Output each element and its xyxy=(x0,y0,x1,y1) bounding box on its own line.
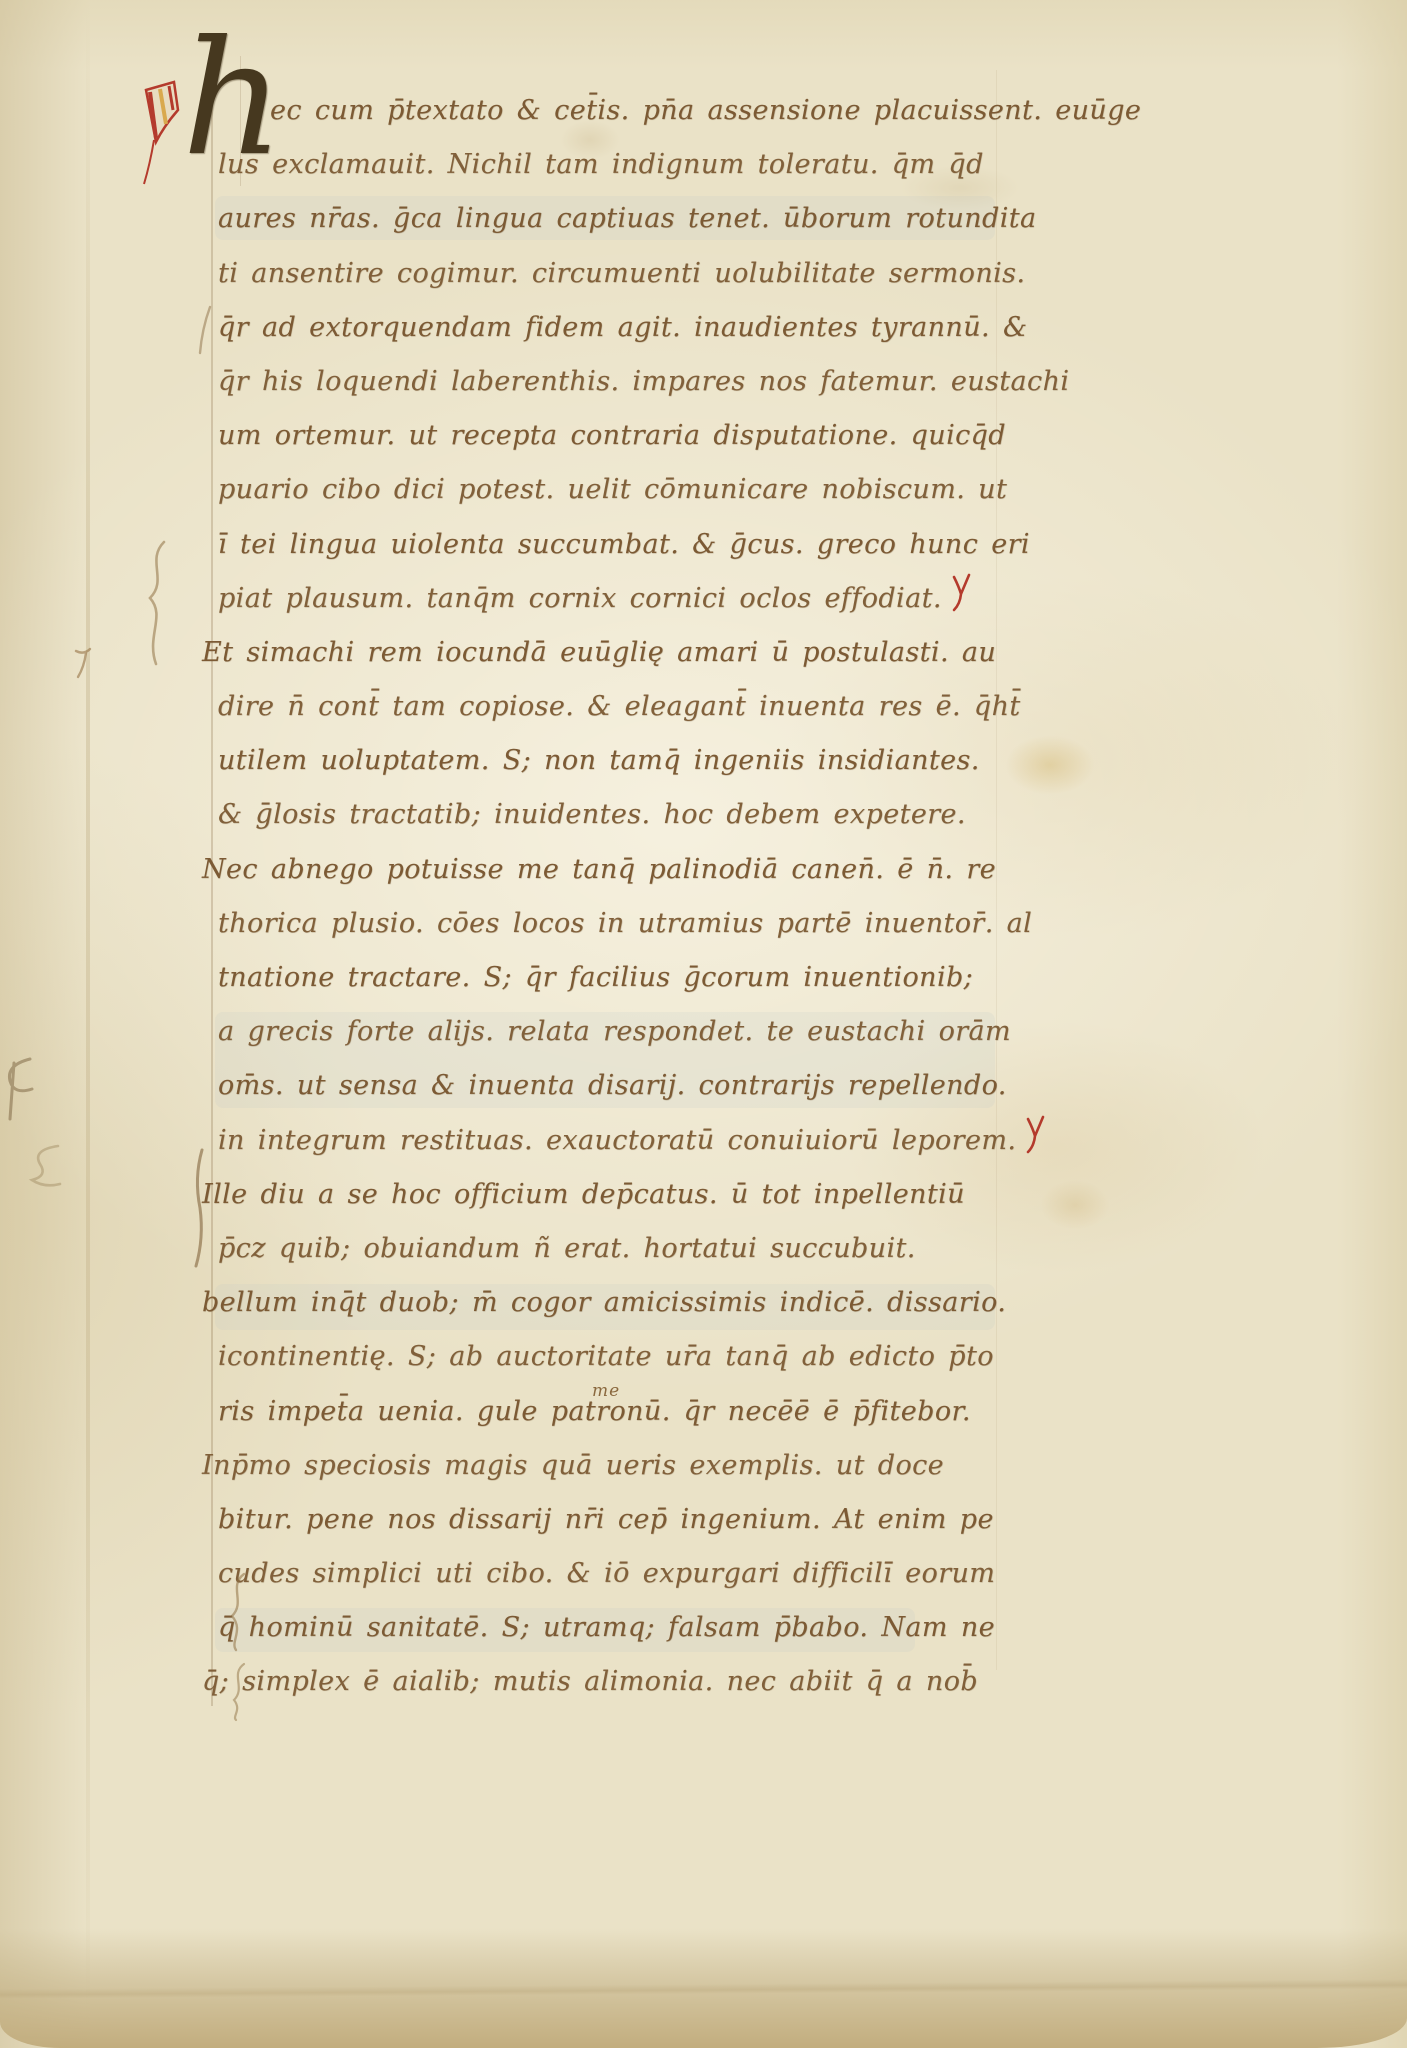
line-text: Et simachi rem iocundā euūglię amari ū p… xyxy=(202,637,996,668)
parchment-stain xyxy=(1005,735,1095,795)
text-line-30: q̄; simplex ē aialib; mutis alimonia. ne… xyxy=(202,1655,1018,1709)
text-line-13: utilem uoluptatem. S; non tamq̄ ingeniis… xyxy=(218,734,1018,788)
margin-mark-brace3 xyxy=(224,1662,252,1722)
line-text: Nec abnego potuisse me tanq̄ palinodiā c… xyxy=(202,854,996,885)
line-text: Inp̄mo speciosis magis quā ueris exempli… xyxy=(202,1450,944,1481)
text-line-11: Et simachi rem iocundā euūglię amari ū p… xyxy=(202,626,1018,680)
paragraph-mark xyxy=(952,573,974,632)
text-line-28: cudes simplici uti cibo. & iō expurgari … xyxy=(218,1547,1018,1601)
margin-mark-doodle xyxy=(0,1055,40,1125)
line-text: lus exclamauit. Nichil tam indignum tole… xyxy=(218,149,984,180)
text-line-3: aures nr̄as. ḡca lingua captiuas tenet. … xyxy=(218,192,1018,246)
text-line-21: Ille diu a se hoc officium dep̄catus. ū … xyxy=(202,1168,1018,1222)
line-text: thorica plusio. cōes locos in utramius p… xyxy=(218,908,1032,939)
text-line-16: thorica plusio. cōes locos in utramius p… xyxy=(218,897,1018,951)
parchment-crease xyxy=(86,0,90,2048)
text-line-20: in integrum restituas. exauctoratū conui… xyxy=(218,1114,1018,1168)
text-line-8: puario cibo dici potest. uelit cōmunicar… xyxy=(218,463,1018,517)
line-text: in integrum restituas. exauctoratū conui… xyxy=(218,1125,1016,1156)
margin-mark-brace xyxy=(138,540,178,670)
text-line-18: a grecis forte alijs. relata respondet. … xyxy=(218,1005,1018,1059)
manuscript-page: h ec cum p̄textato & cet̄is. pn̄a assens… xyxy=(0,0,1407,2048)
text-line-6: q̄r his loquendi laberenthis. impares no… xyxy=(218,355,1018,409)
line-text: ī tei lingua uiolenta succumbat. & ḡcus.… xyxy=(218,529,1030,560)
line-text: om̄s. ut sensa & inuenta disarij. contra… xyxy=(218,1070,1007,1101)
text-line-27: bitur. pene nos dissarij nr̄i cep̄ ingen… xyxy=(218,1493,1018,1547)
line-text: p̄cz quib; obuiandum ñ erat. hortatui su… xyxy=(218,1233,916,1264)
text-block: ec cum p̄textato & cet̄is. pn̄a assensio… xyxy=(218,84,1018,1710)
line-text: q̄r his loquendi laberenthis. impares no… xyxy=(218,366,1069,397)
text-line-29: q̄ hominū sanitatē. S; utramq; falsam p̄… xyxy=(218,1601,1018,1655)
line-text: cudes simplici uti cibo. & iō expurgari … xyxy=(218,1558,995,1589)
line-text: utilem uoluptatem. S; non tamq̄ ingeniis… xyxy=(218,745,980,776)
line-text: piat plausum. tanq̄m cornix cornici oclo… xyxy=(218,583,942,614)
line-text: ti ansentire cogimur. circumuenti uolubi… xyxy=(218,258,1025,289)
text-line-26: Inp̄mo speciosis magis quā ueris exempli… xyxy=(202,1439,1018,1493)
margin-mark-tick xyxy=(72,645,98,681)
text-line-15: Nec abnego potuisse me tanq̄ palinodiā c… xyxy=(202,843,1018,897)
line-text: um ortemur. ut recepta contraria disputa… xyxy=(218,420,1006,451)
text-line-23: bellum inq̄t duob; m̄ cogor amicissimis … xyxy=(202,1276,1018,1330)
line-text: bellum inq̄t duob; m̄ cogor amicissimis … xyxy=(202,1287,1006,1318)
line-text: icontinentię. S; ab auctoritate ur̄a tan… xyxy=(218,1341,994,1372)
text-line-2: lus exclamauit. Nichil tam indignum tole… xyxy=(218,138,1018,192)
margin-mark-slash xyxy=(196,305,214,355)
margin-mark-brace2 xyxy=(222,1572,252,1652)
line-text: a grecis forte alijs. relata respondet. … xyxy=(218,1016,1011,1047)
interlinear-gloss: me xyxy=(592,1381,620,1401)
text-line-22: p̄cz quib; obuiandum ñ erat. hortatui su… xyxy=(218,1222,1018,1276)
text-line-5: q̄r ad extorquendam fidem agit. inaudien… xyxy=(218,301,1018,355)
text-line-9: ī tei lingua uiolenta succumbat. & ḡcus.… xyxy=(218,518,1018,572)
line-text: dire n̄ cont̄ tam copiose. & eleagant̄ i… xyxy=(218,691,1021,722)
line-text: & ḡlosis tractatib; inuidentes. hoc debe… xyxy=(218,799,966,830)
page-bottom-edge xyxy=(0,1928,1407,2048)
text-line-1: ec cum p̄textato & cet̄is. pn̄a assensio… xyxy=(218,84,1018,138)
text-line-14: & ḡlosis tractatib; inuidentes. hoc debe… xyxy=(218,788,1018,842)
paragraph-mark xyxy=(1026,1115,1048,1174)
text-line-7: um ortemur. ut recepta contraria disputa… xyxy=(218,409,1018,463)
text-line-4: ti ansentire cogimur. circumuenti uolubi… xyxy=(218,247,1018,301)
line-text: puario cibo dici potest. uelit cōmunicar… xyxy=(218,474,1007,505)
margin-mark-squiggle xyxy=(24,1140,68,1200)
line-text: bitur. pene nos dissarij nr̄i cep̄ ingen… xyxy=(218,1504,994,1535)
line-text: q̄ hominū sanitatē. S; utramq; falsam p̄… xyxy=(218,1612,995,1643)
text-line-24: icontinentię. S; ab auctoritate ur̄a tan… xyxy=(218,1330,1018,1384)
parchment-stain xyxy=(1040,1180,1110,1230)
line-text: q̄; simplex ē aialib; mutis alimonia. ne… xyxy=(202,1666,978,1697)
line-text: Ille diu a se hoc officium dep̄catus. ū … xyxy=(202,1179,965,1210)
text-line-19: om̄s. ut sensa & inuenta disarij. contra… xyxy=(218,1059,1018,1113)
text-line-10: piat plausum. tanq̄m cornix cornici oclo… xyxy=(218,572,1018,626)
line-text: aures nr̄as. ḡca lingua captiuas tenet. … xyxy=(218,203,1037,234)
line-text: q̄r ad extorquendam fidem agit. inaudien… xyxy=(218,312,1027,343)
margin-mark-flourish xyxy=(190,1148,210,1268)
line-text: ec cum p̄textato & cet̄is. pn̄a assensio… xyxy=(270,95,1141,126)
line-text: tnatione tractare. S; q̄r facilius ḡcoru… xyxy=(218,962,973,993)
text-line-17: tnatione tractare. S; q̄r facilius ḡcoru… xyxy=(218,951,1018,1005)
text-line-12: dire n̄ cont̄ tam copiose. & eleagant̄ i… xyxy=(218,680,1018,734)
